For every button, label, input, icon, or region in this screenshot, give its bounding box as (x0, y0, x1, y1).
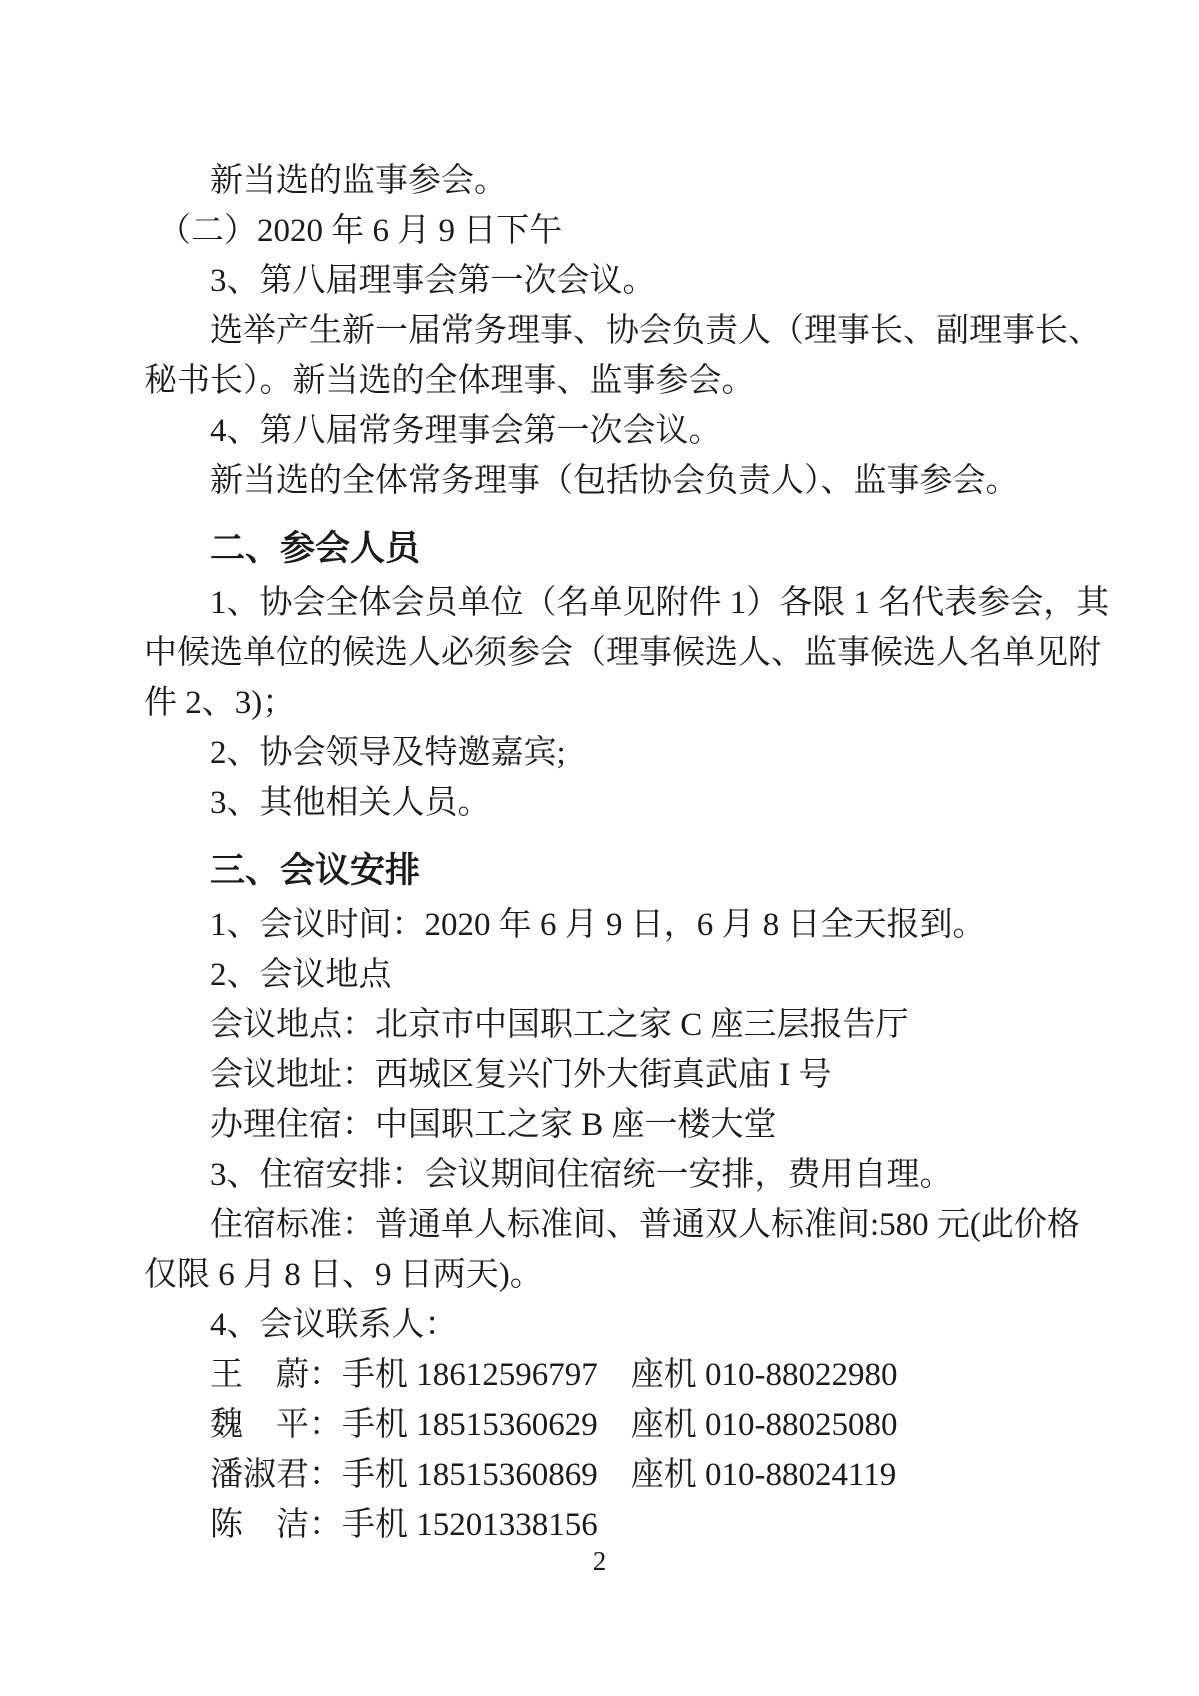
page-number: 2 (0, 1543, 1199, 1579)
text-line: 仅限 6 月 8 日、9 日两天)。 (144, 1250, 1134, 1300)
list-item-meeting-time: 1、会议时间：2020 年 6 月 9 日，6 月 8 日全天报到。 (144, 900, 1134, 950)
text-line: 选举产生新一届常务理事、协会负责人（理事长、副理事长、 (144, 306, 1134, 356)
text-line-lodging-checkin: 办理住宿：中国职工之家 B 座一楼大堂 (144, 1100, 1134, 1150)
text-line-venue: 会议地点：北京市中国职工之家 C 座三层报告厅 (144, 1000, 1134, 1050)
document-body: 新当选的监事参会。 （二）2020 年 6 月 9 日下午 3、第八届理事会第一… (144, 156, 1134, 1550)
section-heading-attendees: 二、参会人员 (144, 524, 1134, 574)
text-line: 新当选的全体常务理事（包括协会负责人）、监事参会。 (144, 456, 1134, 506)
text-line: 秘书长）。新当选的全体理事、监事参会。 (144, 356, 1134, 406)
list-item-other-personnel: 3、其他相关人员。 (144, 778, 1134, 828)
document-page: 新当选的监事参会。 （二）2020 年 6 月 9 日下午 3、第八届理事会第一… (0, 0, 1199, 1696)
text-line-lodging-rate: 住宿标准：普通单人标准间、普通双人标准间:580 元(此价格 (144, 1200, 1134, 1250)
list-item-meeting-place: 2、会议地点 (144, 950, 1134, 1000)
text-line-address: 会议地址：西城区复兴门外大街真武庙 I 号 (144, 1050, 1134, 1100)
section-heading-meeting-arrangement: 三、会议安排 (144, 846, 1134, 896)
text-line: 新当选的监事参会。 (144, 156, 1134, 206)
contact-line-wang-wei: 王 蔚：手机 18612596797 座机 010-88022980 (144, 1350, 1134, 1400)
list-item-standing-council-meeting: 4、第八届常务理事会第一次会议。 (144, 406, 1134, 456)
list-item-lodging-arrangement: 3、住宿安排：会议期间住宿统一安排，费用自理。 (144, 1150, 1134, 1200)
list-item-council-first-meeting: 3、第八届理事会第一次会议。 (144, 256, 1134, 306)
text-line-session-2-date: （二）2020 年 6 月 9 日下午 (144, 206, 1134, 256)
text-line: 中候选单位的候选人必须参会（理事候选人、监事候选人名单见附 (144, 628, 1134, 678)
text-line: 件 2、3)； (144, 678, 1134, 728)
contact-line-wei-ping: 魏 平：手机 18515360629 座机 010-88025080 (144, 1400, 1134, 1450)
contact-line-pan-shujun: 潘淑君：手机 18515360869 座机 010-88024119 (144, 1450, 1134, 1500)
list-item-leaders-guests: 2、协会领导及特邀嘉宾; (144, 728, 1134, 778)
list-item-member-units: 1、协会全体会员单位（名单见附件 1）各限 1 名代表参会，其 (144, 578, 1134, 628)
list-item-contacts: 4、会议联系人： (144, 1300, 1134, 1350)
